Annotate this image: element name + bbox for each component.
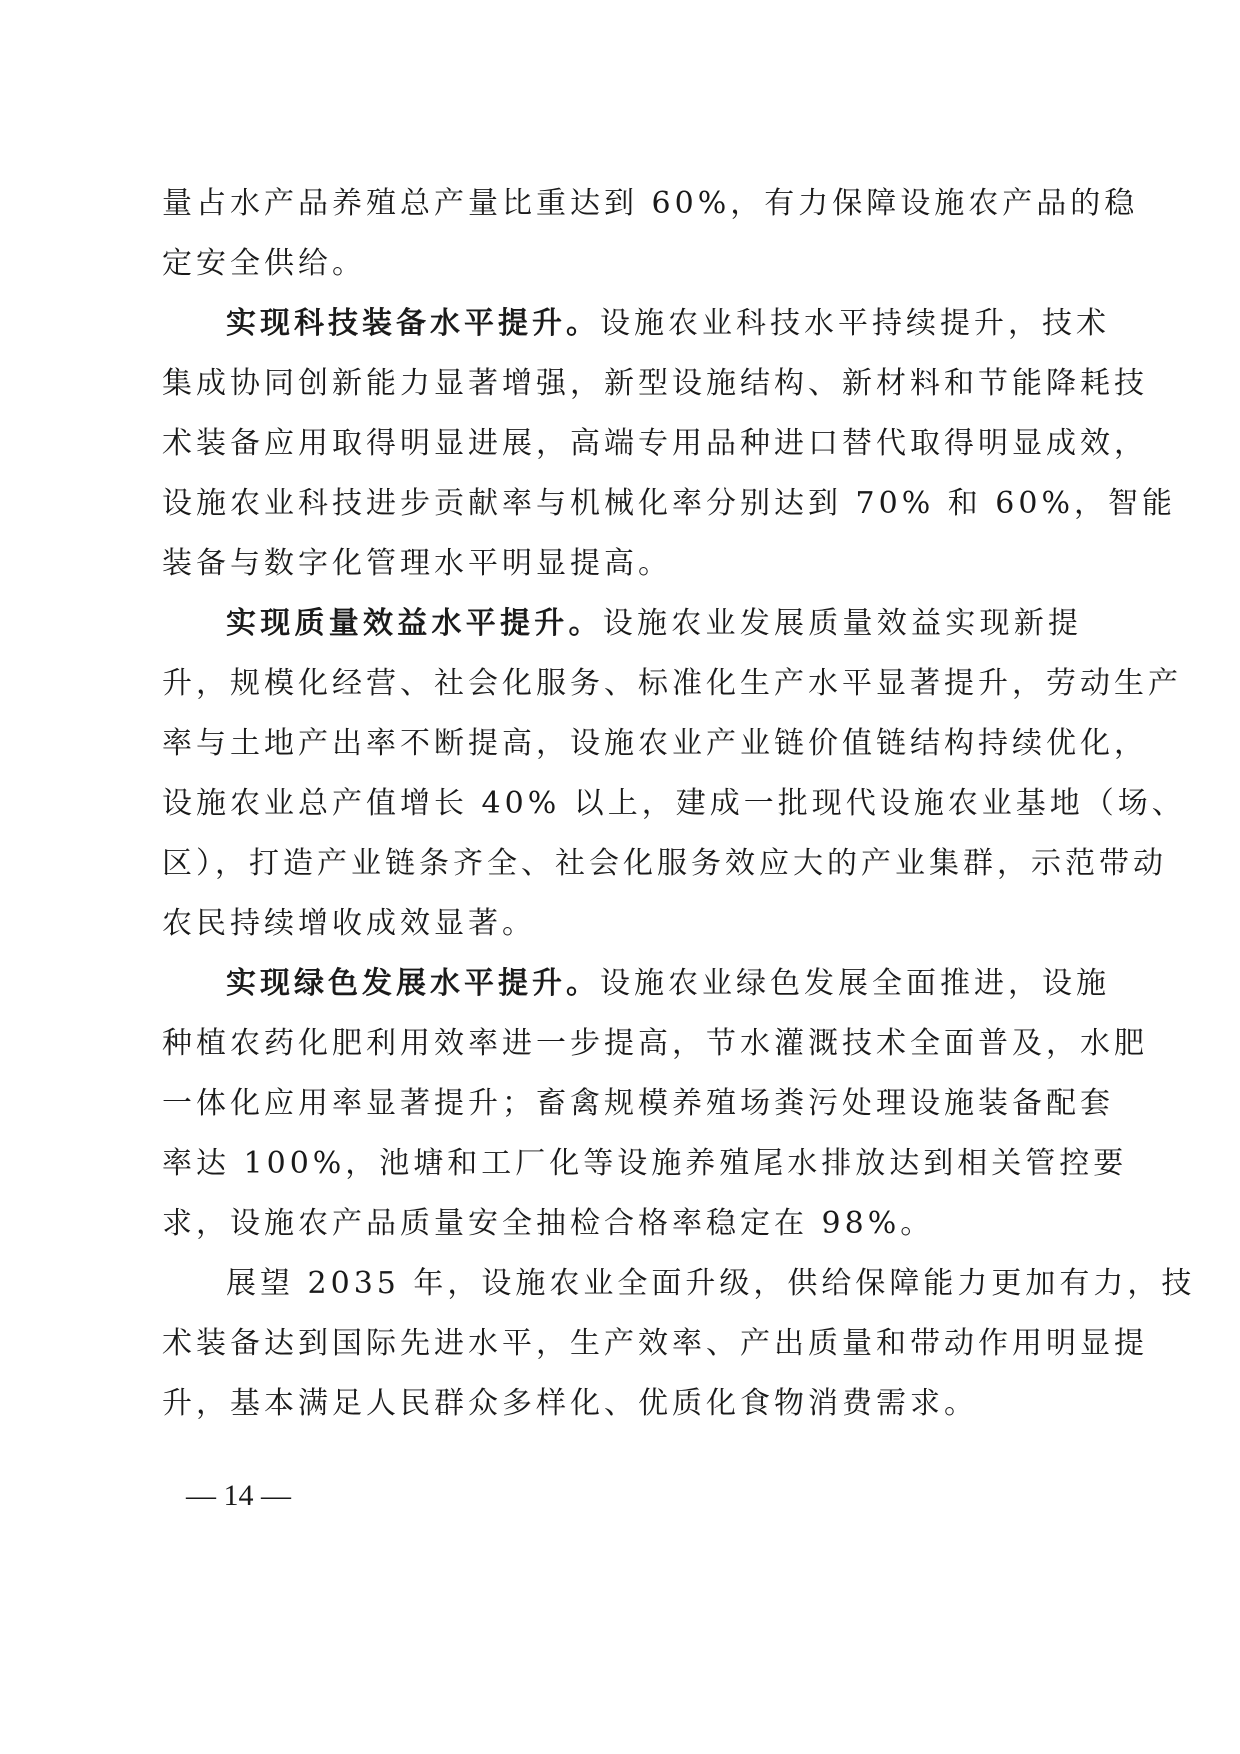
paragraph-first-line: 实现科技装备水平提升。设施农业科技水平持续提升，技术 — [226, 304, 1082, 344]
section-heading: 实现科技装备水平提升。 — [226, 306, 600, 341]
text-line: 术装备达到国际先进水平，生产效率、产出质量和带动作用明显提 — [162, 1324, 1082, 1364]
text-line: 升，规模化经营、社会化服务、标准化生产水平显著提升，劳动生产 — [162, 664, 1082, 704]
text-line: 设施农业总产值增长 40% 以上，建成一批现代设施农业基地（场、 — [162, 784, 1082, 824]
text-line: 量占水产品养殖总产量比重达到 60%，有力保障设施农产品的稳 — [162, 184, 1082, 224]
text-span: 设施农业发展质量效益实现新提 — [603, 606, 1082, 641]
text-line: 种植农药化肥利用效率进一步提高，节水灌溉技术全面普及，水肥 — [162, 1024, 1082, 1064]
paragraph-first-line: 实现绿色发展水平提升。设施农业绿色发展全面推进，设施 — [226, 964, 1082, 1004]
page-number: — 14 — — [186, 1476, 291, 1516]
section-heading: 实现质量效益水平提升。 — [226, 606, 603, 641]
paragraph-first-line: 实现质量效益水平提升。设施农业发展质量效益实现新提 — [226, 604, 1082, 644]
text-line: 求，设施农产品质量安全抽检合格率稳定在 98%。 — [162, 1204, 1082, 1244]
text-line: 装备与数字化管理水平明显提高。 — [162, 544, 1082, 584]
text-span: 设施农业科技水平持续提升，技术 — [600, 306, 1110, 341]
text-span: 设施农业绿色发展全面推进，设施 — [600, 966, 1110, 1001]
text-line: 农民持续增收成效显著。 — [162, 904, 1082, 944]
text-line: 设施农业科技进步贡献率与机械化率分别达到 70% 和 60%，智能 — [162, 484, 1082, 524]
text-line: 一体化应用率显著提升；畜禽规模养殖场粪污处理设施装备配套 — [162, 1084, 1082, 1124]
text-line: 展望 2035 年，设施农业全面升级，供给保障能力更加有力，技 — [226, 1264, 1082, 1304]
text-line: 定安全供给。 — [162, 244, 1082, 284]
text-line: 率与土地产出率不断提高，设施农业产业链价值链结构持续优化， — [162, 724, 1082, 764]
section-heading: 实现绿色发展水平提升。 — [226, 966, 600, 1001]
text-line: 升，基本满足人民群众多样化、优质化食物消费需求。 — [162, 1384, 1082, 1424]
text-line: 率达 100%，池塘和工厂化等设施养殖尾水排放达到相关管控要 — [162, 1144, 1082, 1184]
text-line: 术装备应用取得明显进展，高端专用品种进口替代取得明显成效， — [162, 424, 1082, 464]
text-line: 区），打造产业链条齐全、社会化服务效应大的产业集群，示范带动 — [162, 844, 1082, 884]
text-line: 集成协同创新能力显著增强，新型设施结构、新材料和节能降耗技 — [162, 364, 1082, 404]
